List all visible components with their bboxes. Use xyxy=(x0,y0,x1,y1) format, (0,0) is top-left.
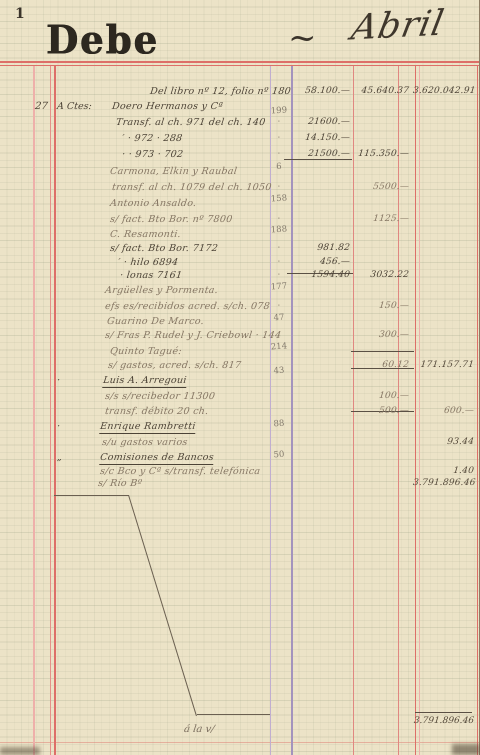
entry-amount-partial: 115.350.— xyxy=(353,149,409,159)
ledger-row: transf. al ch. 1079 del ch. 1050·5500.— xyxy=(0,182,480,197)
entry-folio: · xyxy=(267,329,292,341)
entry-description: ′ · 972 · 288 xyxy=(121,133,183,144)
ledger-row: s/ Río Bº3.791.896.46 xyxy=(0,478,480,493)
entry-folio: 177 xyxy=(267,281,292,293)
entry-amount-total: 93.44 xyxy=(412,437,474,447)
entry-description: transf. al ch. 1079 del ch. 1050 xyxy=(111,182,272,193)
entry-description: Comisiones de Bancos xyxy=(99,452,214,465)
entry-description: Guarino De Marco. xyxy=(106,316,204,327)
entry-description: · · 973 · 702 xyxy=(121,149,184,160)
ledger-row: Del libro nº 12, folio nº 18058.100.—45.… xyxy=(0,86,480,101)
entry-description: Transf. al ch. 971 del ch. 140 xyxy=(115,117,266,128)
entry-amount-detail: 21600.— xyxy=(295,117,350,127)
entry-description: Argüelles y Pormenta. xyxy=(104,285,218,296)
entry-amount-partial: 150.— xyxy=(353,301,409,311)
entry-description: Doero Hermanos y Cª xyxy=(111,101,223,112)
bottom-right-edge-shadow xyxy=(452,744,480,755)
entry-amount-detail: 14.150.— xyxy=(295,133,350,143)
ledger-row: Quinto Tagué:214 xyxy=(0,346,480,361)
ledger-row: 27A Ctes:Doero Hermanos y Cª199 xyxy=(0,101,480,116)
entry-amount-partial: 3032.22 xyxy=(353,270,409,280)
ledger-row: Transf. al ch. 971 del ch. 140·21600.— xyxy=(0,117,480,132)
entry-description: s/u gastos varios xyxy=(101,437,188,448)
entry-description: transf. débito 20 ch. xyxy=(104,406,209,417)
ledger-row: s/s s/recibedor 11300100.— xyxy=(0,391,480,406)
entry-folio: · xyxy=(267,256,292,268)
entry-description: s/ fact. Bto Bor. nº 7800 xyxy=(109,214,233,225)
entry-description: · lonas 7161 xyxy=(119,270,183,281)
entry-prefix: A Ctes: xyxy=(56,101,92,112)
entry-folio: 50 xyxy=(267,449,292,461)
entry-folio: 158 xyxy=(267,193,292,205)
entry-folio: · xyxy=(267,132,292,144)
entry-description: ′ · hilo 6894 xyxy=(117,257,179,268)
entry-folio: · xyxy=(267,300,292,312)
entry-description: s/c Bco y Cª s/transf. telefónica xyxy=(99,466,261,477)
entry-prefix: · xyxy=(56,375,60,386)
ledger-row: „Comisiones de Bancos50 xyxy=(0,452,480,467)
ledger-row: Carmona, Elkin y Raubal6 xyxy=(0,166,480,181)
entry-folio: 6 xyxy=(267,161,292,173)
ledger-page-scan: 1 Debe ~ Abril Del libro nº 12, folio nº… xyxy=(0,0,480,755)
entry-folio: · xyxy=(267,181,292,193)
entry-description: Quinto Tagué: xyxy=(109,346,182,357)
ledger-row: Antonio Ansaldo.158 xyxy=(0,198,480,213)
entry-amount-partial: 45.640.37 xyxy=(353,86,409,96)
ledger-body: Del libro nº 12, folio nº 18058.100.—45.… xyxy=(0,0,480,755)
ledger-row: s/u gastos varios93.44 xyxy=(0,437,480,452)
entry-description: Del libro nº 12, folio nº 180 xyxy=(149,86,291,97)
entry-folio: · xyxy=(267,242,292,254)
entry-description: Carmona, Elkin y Raubal xyxy=(109,166,238,177)
ledger-row: C. Resamonti.188 xyxy=(0,229,480,244)
bottom-left-edge-shadow xyxy=(0,747,40,755)
entry-description: s/s s/recibedor 11300 xyxy=(104,391,216,402)
entry-amount-total: 171.157.71 xyxy=(412,360,474,370)
entry-description: efs es/recibidos acred. s/ch. 078 xyxy=(104,301,270,312)
entry-folio: · xyxy=(267,213,292,225)
entry-folio: 188 xyxy=(267,224,292,236)
entry-amount-total: 3.620.042.91 xyxy=(412,86,474,96)
entry-date: 27 xyxy=(34,101,48,112)
entry-description: s/ Río Bº xyxy=(97,478,143,489)
entry-description: s/ fact. Bto Bor. 7172 xyxy=(109,243,218,254)
entry-amount-detail: 21500.— xyxy=(295,149,350,159)
entry-description: s/ Fras P. Rudel y J. Criebowl · 144 xyxy=(104,330,282,341)
entry-amount-partial: 5500.— xyxy=(353,182,409,192)
entry-amount-detail: 456.— xyxy=(295,257,350,267)
ledger-row: s/ fact. Bto Bor. 7172·981.82 xyxy=(0,243,480,258)
entry-description: C. Resamonti. xyxy=(109,229,181,240)
carry-forward-note: á la v/ xyxy=(183,724,215,735)
ledger-row: ·Enrique Rambretti88 xyxy=(0,421,480,436)
ledger-row: · lonas 7161·1594.403032.22 xyxy=(0,270,480,285)
entry-folio: · xyxy=(267,269,292,281)
ledger-row: efs es/recibidos acred. s/ch. 078·150.— xyxy=(0,301,480,316)
ledger-row: ′ · 972 · 288·14.150.— xyxy=(0,133,480,148)
entry-amount-detail: 58.100.— xyxy=(295,86,350,96)
entry-folio: 88 xyxy=(267,418,292,430)
entry-prefix: „ xyxy=(56,452,62,463)
ledger-row: ·Luis A. Arregoui xyxy=(0,375,480,390)
entry-amount-detail: 981.82 xyxy=(295,243,350,253)
entry-folio: 47 xyxy=(267,312,292,324)
entry-folio: · xyxy=(267,148,292,160)
entry-prefix: · xyxy=(56,421,60,432)
ledger-row: transf. débito 20 ch.500.—600.— xyxy=(0,406,480,421)
entry-amount-partial: 100.— xyxy=(353,391,409,401)
entry-folio: · xyxy=(267,116,292,128)
ledger-row: s/ fact. Bto Bor. nº 7800·1125.— xyxy=(0,214,480,229)
entry-folio: 199 xyxy=(267,105,292,117)
ledger-row: s/ gastos, acred. s/ch. 8174360.12171.15… xyxy=(0,360,480,375)
entry-amount-partial: 500.— xyxy=(353,406,409,416)
entry-description: Enrique Rambretti xyxy=(99,421,196,434)
entry-folio: 214 xyxy=(267,341,292,353)
entry-amount-total: 600.— xyxy=(412,406,474,416)
entry-amount-partial: 1125.— xyxy=(353,214,409,224)
entry-description: s/ gastos, acred. s/ch. 817 xyxy=(107,360,242,371)
entry-amount-total: 1.40 xyxy=(412,466,474,476)
entry-description: Antonio Ansaldo. xyxy=(109,198,197,209)
ledger-row: Guarino De Marco.47 xyxy=(0,316,480,331)
ledger-row: Argüelles y Pormenta.177 xyxy=(0,285,480,300)
entry-amount-partial: 300.— xyxy=(353,330,409,340)
page-bottom-total: 3.791.896.46 xyxy=(409,716,474,726)
entry-amount-partial: 60.12 xyxy=(353,360,409,370)
entry-description: Luis A. Arregoui xyxy=(102,375,187,388)
entry-amount-total: 3.791.896.46 xyxy=(412,478,474,488)
ledger-row: · · 973 · 702·21500.—115.350.— xyxy=(0,149,480,164)
ledger-row: s/ Fras P. Rudel y J. Criebowl · 144·300… xyxy=(0,330,480,345)
entry-amount-detail: 1594.40 xyxy=(295,270,350,280)
